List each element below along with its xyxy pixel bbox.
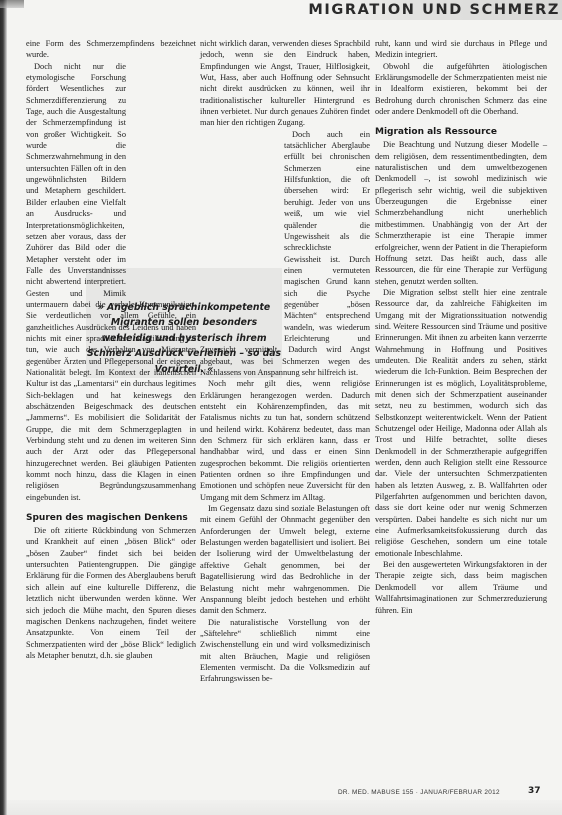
magazine-page: MIGRATION UND SCHMERZ eine Form des Schm… [0, 0, 562, 815]
pullquote: » Angeblich sprachinkompetente Migranten… [86, 300, 282, 377]
paragraph: Bei den ausgewerteten Wirkungsfaktoren i… [375, 559, 547, 616]
paragraph: nicht wirklich daran, verwenden dieses S… [200, 38, 370, 129]
paragraph: ruht, kann und wird sie durchaus in Pfle… [375, 38, 547, 61]
paragraph: Die Migration selbst stellt hier eine ze… [375, 287, 547, 559]
subheading: Spuren des magischen Denkens [26, 512, 196, 524]
page-spine [0, 0, 7, 815]
paragraph: Noch mehr gilt dies, wenn religiöse Erkl… [200, 378, 370, 503]
subheading: Migration als Ressource [375, 126, 547, 138]
section-header: MIGRATION UND SCHMERZ [312, 0, 562, 20]
paragraph: eine Form des Schmerzempfindens bezeichn… [26, 38, 196, 61]
pullquote-wrap-space [126, 176, 196, 294]
column-right: ruht, kann und wird sie durchaus in Pfle… [375, 38, 547, 616]
spine-shadow [0, 0, 24, 8]
paragraph: Doch nicht nur die etymologische Forschu… [26, 61, 196, 503]
paragraph: Die oft zitierte Rückbindung von Schmerz… [26, 525, 196, 661]
paragraph: Obwohl die aufgeführten ätiologischen Er… [375, 61, 547, 118]
page-bottom-margin [7, 800, 562, 815]
footer-issue: DR. MED. MABUSE 155 · JANUAR/FEBRUAR 201… [338, 789, 500, 796]
paragraph: Die Beachtung und Nutzung dieser Modelle… [375, 139, 547, 286]
section-title: MIGRATION UND SCHMERZ [308, 2, 560, 18]
paragraph: Im Gegensatz dazu sind soziale Belastung… [200, 503, 370, 616]
page-number: 37 [528, 786, 541, 796]
paragraph: Die naturalistische Vorstellung von der … [200, 617, 370, 685]
